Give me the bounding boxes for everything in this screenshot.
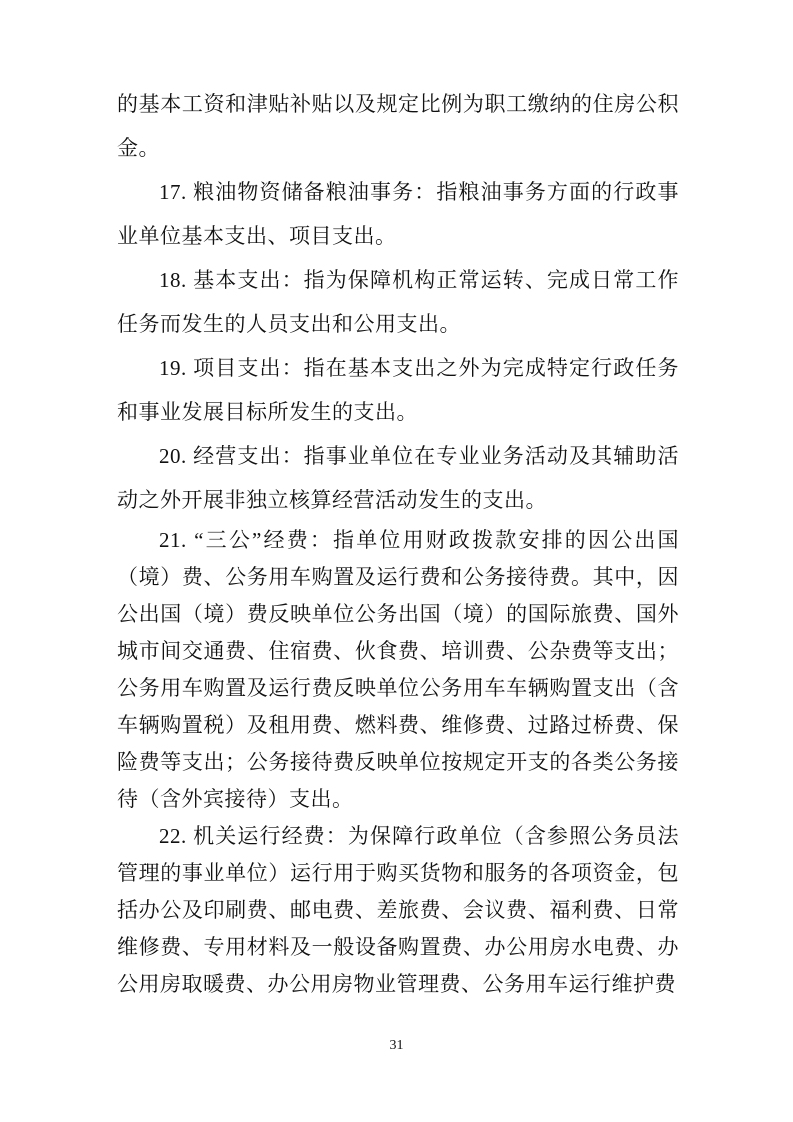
- body-text: 的基本工资和津贴补贴以及规定比例为职工缴纳的住房公积金。17. 粮油物资储备粮油…: [117, 82, 679, 1003]
- page-number: 31: [0, 1038, 793, 1054]
- paragraph: 的基本工资和津贴补贴以及规定比例为职工缴纳的住房公积金。: [117, 82, 679, 170]
- document-page: 的基本工资和津贴补贴以及规定比例为职工缴纳的住房公积金。17. 粮油物资储备粮油…: [0, 0, 793, 1122]
- paragraph: 21. “三公”经费：指单位用财政拨款安排的因公出国（境）费、公务用车购置及运行…: [117, 522, 679, 818]
- paragraph: 17. 粮油物资储备粮油事务：指粮油事务方面的行政事业单位基本支出、项目支出。: [117, 170, 679, 258]
- paragraph: 20. 经营支出：指事业单位在专业业务活动及其辅助活动之外开展非独立核算经营活动…: [117, 434, 679, 522]
- paragraph: 22. 机关运行经费：为保障行政单位（含参照公务员法管理的事业单位）运行用于购买…: [117, 818, 679, 1003]
- paragraph: 18. 基本支出：指为保障机构正常运转、完成日常工作任务而发生的人员支出和公用支…: [117, 258, 679, 346]
- paragraph: 19. 项目支出：指在基本支出之外为完成特定行政任务和事业发展目标所发生的支出。: [117, 346, 679, 434]
